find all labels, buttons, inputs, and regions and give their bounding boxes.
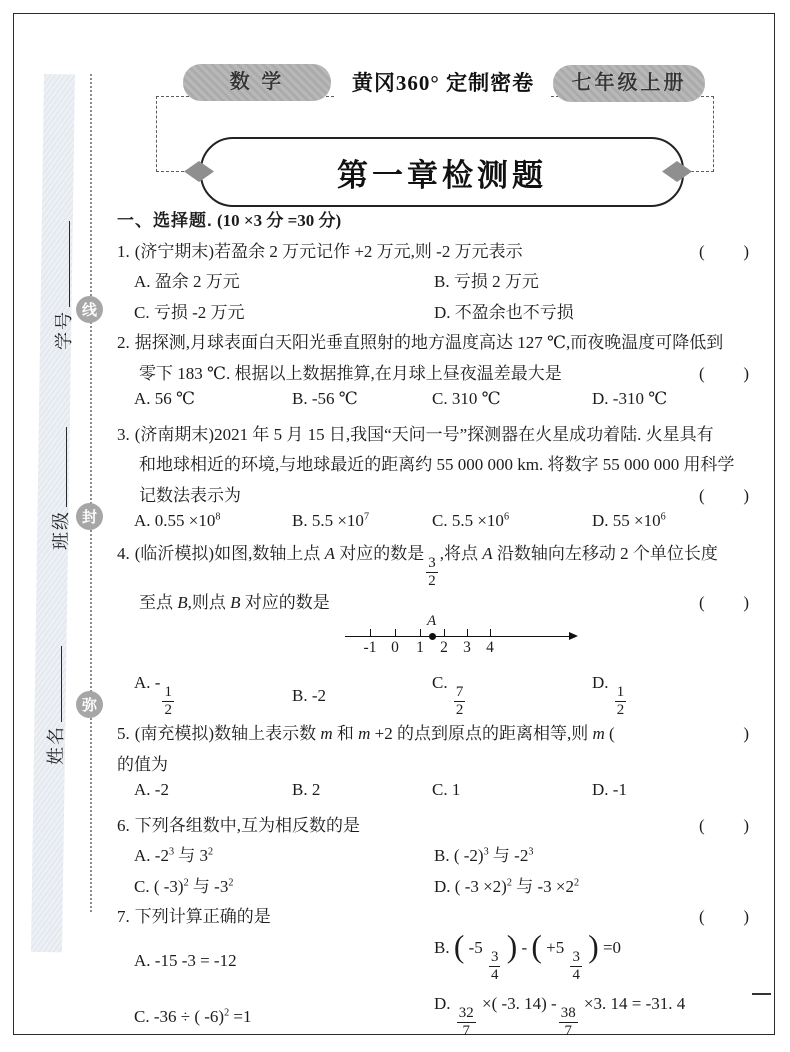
option-b: B. 2 bbox=[292, 780, 432, 800]
question-4: 4.(临沂模拟)如图,数轴上点 A 对应的数是32,将点 A 沿数轴向左移动 2… bbox=[117, 542, 749, 720]
student-id-field: 学号 bbox=[50, 221, 76, 350]
student-id-label: 学号 bbox=[54, 310, 74, 350]
question-3: 3.(济南期末)2021 年 5 月 15 日,我国“天问一号”探测器在火星成功… bbox=[117, 420, 749, 542]
series-title: 黄冈360° 定制密卷 bbox=[336, 64, 550, 101]
number-line-axis bbox=[345, 636, 571, 637]
question-area: 一、选择题. (10 ×3 分 =30 分) 1.(济宁期末)若盈余 2 万元记… bbox=[117, 206, 749, 1045]
test-title-banner: 第一章检测题 bbox=[200, 137, 684, 207]
option-b: B. -2 bbox=[292, 686, 432, 706]
stem-text: 下列计算正确的是 bbox=[135, 907, 271, 926]
option-a: A. 盈余 2 万元 bbox=[134, 267, 434, 292]
seal-badge-feng: 封 bbox=[76, 503, 103, 530]
class-field: 班级 bbox=[47, 427, 73, 550]
option-c: C. 310 ℃ bbox=[432, 389, 592, 409]
question-number: 5. bbox=[117, 724, 130, 743]
question-number: 6. bbox=[117, 816, 130, 835]
stem-text: (南充模拟)数轴上表示数 m 和 m +2 的点到原点的距离相等,则 m 的值为 bbox=[117, 724, 605, 774]
option-a: A. 0.55 ×108 bbox=[134, 511, 292, 531]
question-stem: 1.(济宁期末)若盈余 2 万元记作 +2 万元,则 -2 万元表示 () bbox=[117, 237, 749, 268]
option-b: B. ( -5 34 ) - ( +5 34 ) =0 bbox=[434, 938, 749, 984]
tick-label: 4 bbox=[477, 639, 503, 657]
option-c: C. 72 bbox=[432, 673, 592, 719]
question-stem: 6.下列各组数中,互为相反数的是 () bbox=[117, 811, 749, 842]
stem-text: 据探测,月球表面白天阳光垂直照射的地方温度高达 127 ℃,而夜晚温度可降低到 bbox=[135, 333, 724, 352]
question-5: 5.(南充模拟)数轴上表示数 m 和 m +2 的点到原点的距离相等,则 m 的… bbox=[117, 719, 749, 811]
options-grid: A. -12 B. -2 C. 72 D. 12 bbox=[117, 673, 749, 719]
point-a-label: A bbox=[427, 613, 436, 630]
stem-text: (济南期末)2021 年 5 月 15 日,我国“天问一号”探测器在火星成功着陆… bbox=[135, 425, 714, 444]
question-7: 7.下列计算正确的是 () A. -15 -3 = -12 B. ( -5 34… bbox=[117, 902, 749, 1045]
option-a: A. -2 bbox=[134, 780, 292, 800]
seal-dotted-line bbox=[90, 74, 92, 912]
class-blank-line bbox=[53, 427, 67, 507]
stem-text: 至点 B,则点 B 对应的数是 bbox=[139, 588, 330, 619]
option-b: B. ( -2)3 与 -23 bbox=[434, 841, 749, 866]
section-heading: 一、选择题. (10 ×3 分 =30 分) bbox=[117, 206, 749, 237]
stem-text: (济宁期末)若盈余 2 万元记作 +2 万元,则 -2 万元表示 bbox=[135, 242, 523, 261]
option-a: A. 56 ℃ bbox=[134, 389, 292, 409]
option-c: C. -36 ÷ ( -6)2 =1 bbox=[134, 1007, 434, 1027]
option-a: A. -12 bbox=[134, 673, 292, 719]
option-b: B. 5.5 ×107 bbox=[292, 511, 432, 531]
option-d: D. 55 ×106 bbox=[592, 511, 749, 531]
options-grid: A. 0.55 ×108 B. 5.5 ×107 C. 5.5 ×106 D. … bbox=[117, 511, 749, 542]
option-d: D. 327 ×( -3. 14) -387 ×3. 14 = -31. 4 bbox=[434, 994, 749, 1040]
seal-badge-line: 线 bbox=[76, 296, 103, 323]
point-a-dot bbox=[429, 633, 436, 640]
answer-bracket: () bbox=[699, 359, 749, 390]
grade-badge: 七年级上册 bbox=[553, 65, 705, 102]
stem-text: 零下 183 ℃. 根据以上数据推算,在月球上昼夜温差最大是 bbox=[139, 359, 562, 390]
page-bottom-dash bbox=[752, 993, 771, 995]
question-stem-line-3: 记数法表示为 () bbox=[117, 481, 749, 512]
question-number: 1. bbox=[117, 242, 130, 261]
option-c: C. 亏损 -2 万元 bbox=[134, 298, 434, 323]
answer-bracket: () bbox=[609, 719, 749, 750]
page-title: 第一章检测题 bbox=[337, 150, 547, 195]
options-grid: A. -15 -3 = -12 B. ( -5 34 ) - ( +5 34 )… bbox=[117, 933, 749, 1045]
name-field: 姓名 bbox=[42, 646, 68, 765]
answer-bracket: () bbox=[699, 902, 749, 933]
section-heading-title: 一、选择题. bbox=[117, 211, 213, 230]
option-b: B. -56 ℃ bbox=[292, 389, 432, 409]
stem-text: 下列各组数中,互为相反数的是 bbox=[135, 816, 360, 835]
class-label: 班级 bbox=[51, 510, 71, 550]
answer-bracket: () bbox=[699, 811, 749, 842]
section-heading-score: (10 ×3 分 =30 分) bbox=[217, 211, 341, 230]
option-d: D. 不盈余也不亏损 bbox=[434, 298, 749, 323]
question-stem: 3.(济南期末)2021 年 5 月 15 日,我国“天问一号”探测器在火星成功… bbox=[117, 420, 749, 451]
question-number: 7. bbox=[117, 907, 130, 926]
question-stem: 2.据探测,月球表面白天阳光垂直照射的地方温度高达 127 ℃,而夜晚温度可降低… bbox=[117, 328, 749, 359]
student-id-blank-line bbox=[56, 221, 70, 307]
name-blank-line bbox=[48, 646, 62, 722]
answer-bracket: () bbox=[699, 237, 749, 268]
option-d: D. -1 bbox=[592, 780, 749, 800]
options-grid: A. 56 ℃ B. -56 ℃ C. 310 ℃ D. -310 ℃ bbox=[117, 389, 749, 420]
stem-text: (临沂模拟)如图,数轴上点 A 对应的数是32,将点 A 沿数轴向左移动 2 个… bbox=[135, 544, 718, 563]
option-d: D. -310 ℃ bbox=[592, 389, 749, 409]
options-grid: A. -23 与 32 B. ( -2)3 与 -23 C. ( -3)2 与 … bbox=[117, 841, 749, 902]
option-c: C. 5.5 ×106 bbox=[432, 511, 592, 531]
option-b: B. 亏损 2 万元 bbox=[434, 267, 749, 292]
option-d: D. 12 bbox=[592, 673, 749, 719]
number-line-arrow bbox=[569, 632, 578, 640]
seal-badge-mi: 弥 bbox=[76, 691, 103, 718]
subject-badge: 数 学 bbox=[183, 64, 331, 101]
tick-label: 0 bbox=[382, 639, 408, 657]
number-line-figure: -1 0 1 2 3 4 A bbox=[117, 618, 749, 673]
question-number: 4. bbox=[117, 544, 130, 563]
options-grid: A. -2 B. 2 C. 1 D. -1 bbox=[117, 780, 749, 811]
option-a: A. -23 与 32 bbox=[134, 841, 434, 866]
question-number: 3. bbox=[117, 425, 130, 444]
name-label: 姓名 bbox=[46, 725, 66, 765]
answer-bracket: () bbox=[699, 588, 749, 619]
option-c: C. 1 bbox=[432, 780, 592, 800]
options-grid: A. 盈余 2 万元 B. 亏损 2 万元 C. 亏损 -2 万元 D. 不盈余… bbox=[117, 267, 749, 328]
question-stem-line-2: 零下 183 ℃. 根据以上数据推算,在月球上昼夜温差最大是 () bbox=[117, 359, 749, 390]
option-c: C. ( -3)2 与 -32 bbox=[134, 872, 434, 897]
question-6: 6.下列各组数中,互为相反数的是 () A. -23 与 32 B. ( -2)… bbox=[117, 811, 749, 903]
question-1: 1.(济宁期末)若盈余 2 万元记作 +2 万元,则 -2 万元表示 () A.… bbox=[117, 237, 749, 329]
option-d: D. ( -3 ×2)2 与 -3 ×22 bbox=[434, 872, 749, 897]
tick-label: -1 bbox=[357, 639, 383, 657]
question-stem: 7.下列计算正确的是 () bbox=[117, 902, 749, 933]
answer-bracket: () bbox=[699, 481, 749, 512]
question-number: 2. bbox=[117, 333, 130, 352]
stem-text: 和地球相近的环境,与地球最近的距离约 55 000 000 km. 将数字 55… bbox=[139, 455, 734, 474]
option-a: A. -15 -3 = -12 bbox=[134, 951, 434, 971]
stem-text: 记数法表示为 bbox=[139, 481, 241, 512]
question-stem: 4.(临沂模拟)如图,数轴上点 A 对应的数是32,将点 A 沿数轴向左移动 2… bbox=[117, 542, 749, 588]
question-2: 2.据探测,月球表面白天阳光垂直照射的地方温度高达 127 ℃,而夜晚温度可降低… bbox=[117, 328, 749, 420]
question-stem: 5.(南充模拟)数轴上表示数 m 和 m +2 的点到原点的距离相等,则 m 的… bbox=[117, 719, 749, 780]
question-stem-line-2: 和地球相近的环境,与地球最近的距离约 55 000 000 km. 将数字 55… bbox=[117, 450, 749, 481]
tick-label: 1 bbox=[407, 639, 433, 657]
